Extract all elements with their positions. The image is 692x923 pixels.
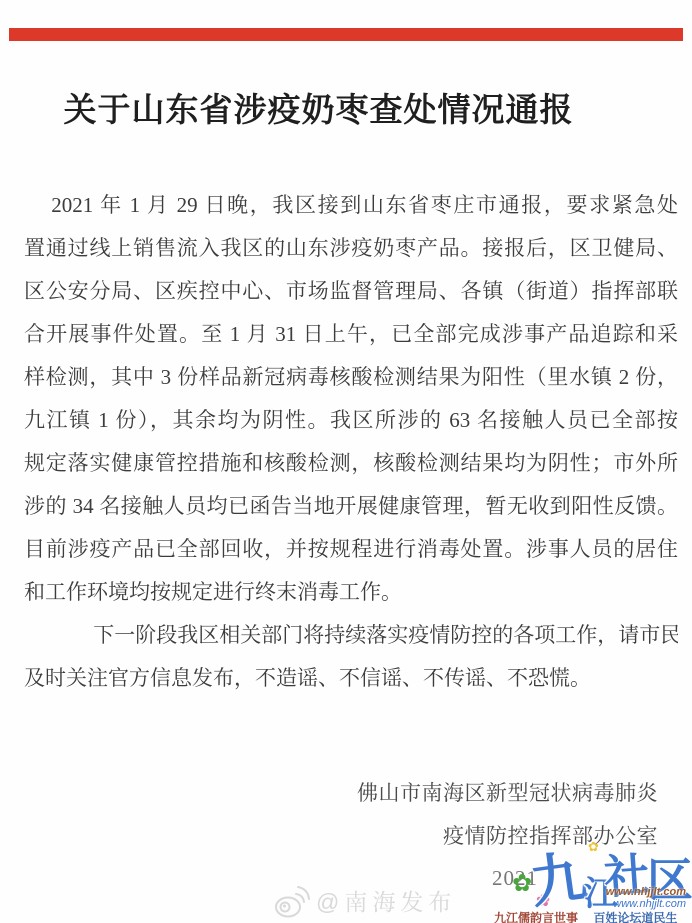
body-line: 合开展事件处置。至 1 月 31 日上午，已全部完成涉事产品追踪和采 [24,313,678,356]
logo-tagline: 九江儒韵言世事 百姓论坛道民生 [494,909,677,923]
flower-icon: ✿ [588,840,599,853]
notice-page: 关于山东省涉疫奶枣查处情况通报 2021 年 1 月 29 日晚，我区接到山东省… [0,0,692,923]
body-line: 涉的 34 名接触人员均已函告当地开展健康管理，暂无收到阳性反馈。 [24,485,678,528]
logo-tagline-left: 九江儒韵言世事 [494,911,578,923]
logo-url-outline: www.nhjjlt.com [606,886,686,898]
community-logo: ✿ ✿ ✿ 九 江 社 区 www.nhjjlt.com www.nhjjlt.… [492,840,690,923]
body-line: 下一阶段我区相关部门将持续落实疫情防控的各项工作，请市民 [24,614,678,657]
body-line: 规定落实健康管控措施和核酸检测，核酸检测结果均为阴性；市外所 [24,442,678,485]
logo-tagline-right: 百姓论坛道民生 [593,911,677,923]
logo-char-jiu: 九 [525,832,592,919]
weibo-watermark: @南海发布 [274,881,456,919]
watermark-handle: @南海发布 [316,884,456,917]
body-line: 区公安分局、区疾控中心、市场监督管理局、各镇（街道）指挥部联 [24,270,678,313]
red-divider-bar [9,28,683,41]
body-line: 置通过线上销售流入我区的山东涉疫奶枣产品。接报后，区卫健局、 [24,227,678,270]
weibo-icon [274,881,310,919]
body-line: 九江镇 1 份），其余均为阴性。我区所涉的 63 名接触人员已全部按 [24,399,678,442]
signature-org-line1: 佛山市南海区新型冠状病毒肺炎 [357,777,658,807]
body-line: 目前涉疫产品已全部回收，并按规程进行消毒处置。涉事人员的居住 [24,528,678,571]
body-line: 和工作环境均按规定进行终末消毒工作。 [24,571,678,614]
notice-body: 2021 年 1 月 29 日晚，我区接到山东省枣庄市通报，要求紧急处置通过线上… [24,184,678,700]
body-line: 及时关注官方信息发布，不造谣、不信谣、不传谣、不恐慌。 [24,657,678,700]
notice-title: 关于山东省涉疫奶枣查处情况通报 [0,84,637,131]
body-line: 2021 年 1 月 29 日晚，我区接到山东省枣庄市通报，要求紧急处 [24,184,678,227]
body-line: 样检测，其中 3 份样品新冠病毒核酸检测结果为阳性（里水镇 2 份， [24,356,678,399]
